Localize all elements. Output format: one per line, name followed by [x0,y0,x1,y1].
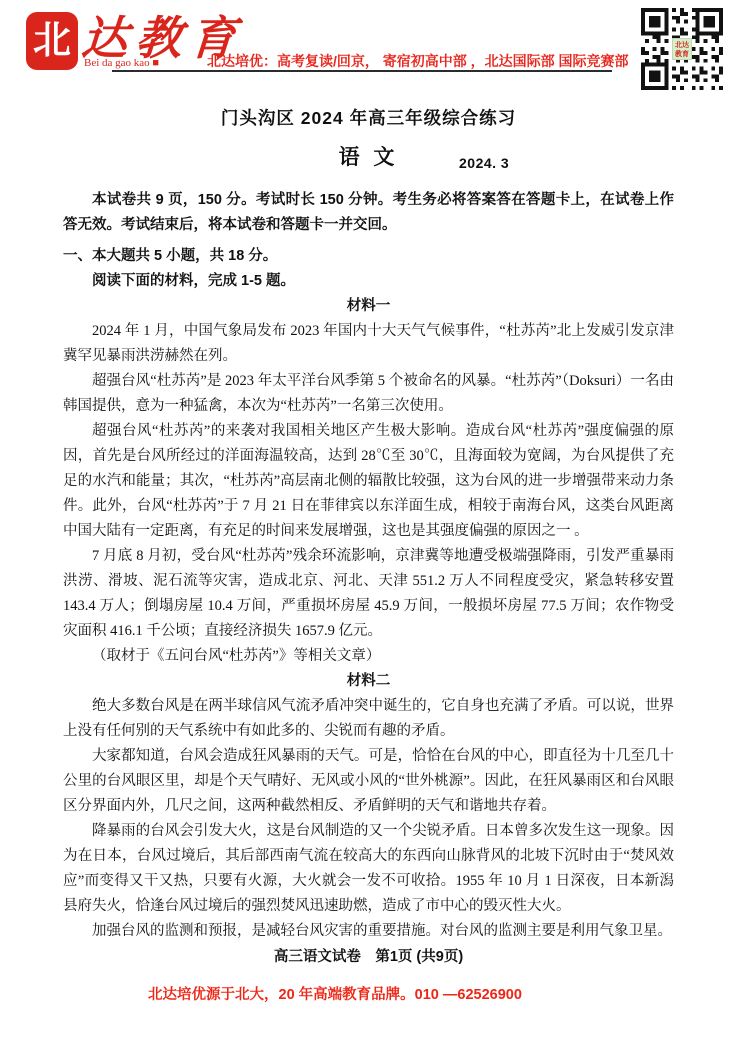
section-subheading: 阅读下面的材料，完成 1-5 题。 [63,269,674,294]
exam-page: 北 达教育 Bei da gao kao ■ 北达培优：高考复读/回京， 寄宿初… [0,0,736,1043]
subject-title: 语 文 [339,146,399,169]
material-paragraph: 2024 年 1 月，中国气象局发布 2023 年国内十大天气气候事件，“杜苏芮… [63,319,674,369]
exam-date: 2024. 3 [459,151,509,176]
material-paragraph: 7 月底 8 月初，受台风“杜苏芮”残余环流影响，京津冀等地遭受极端强降雨，引发… [63,544,674,644]
material-paragraph: 降暴雨的台风会引发大火，这是台风制造的又一个尖锐矛盾。日本曾多次发生这一现象。因… [63,819,674,919]
material-paragraph: 超强台风“杜苏芮”的来袭对我国相关地区产生极大影响。造成台风“杜苏芮”强度偏强的… [63,419,674,544]
exam-title: 门头沟区 2024 年高三年级综合练习 [63,106,674,130]
promo-footer: 北达培优源于北大，20 年高端教育品牌。010 —62526900 [63,983,674,1008]
material2-heading: 材料二 [63,669,674,694]
material-paragraph: 绝大多数台风是在两半球信风气流矛盾冲突中诞生的，它自身也充满了矛盾。可以说，世界… [63,694,674,744]
qr-center-label: 北达教育 [672,38,692,60]
material-paragraph: 加强台风的监测和预报，是减轻台风灾害的重要措施。对台风的监测主要是利用气象卫星。 [63,919,674,944]
material-paragraph: 大家都知道，台风会造成狂风暴雨的天气。可是，恰恰在台风的中心，即直径为十几至几十… [63,744,674,819]
subject-row: 语 文 2024. 3 [63,142,674,174]
material1-body: 2024 年 1 月，中国气象局发布 2023 年国内十大天气气候事件，“杜苏芮… [63,319,674,669]
material-paragraph: 超强台风“杜苏芮”是 2023 年太平洋台风季第 5 个被命名的风暴。“杜苏芮”… [63,369,674,419]
document-body: 门头沟区 2024 年高三年级综合练习 语 文 2024. 3 本试卷共 9 页… [63,0,674,1008]
material2-body: 绝大多数台风是在两半球信风气流矛盾冲突中诞生的，它自身也充满了矛盾。可以说，世界… [63,694,674,944]
material1-attribution: （取材于《五问台风“杜苏芮”》等相关文章） [63,644,674,669]
page-number-footer: 高三语文试卷 第1页 (共9页) [63,945,674,970]
exam-instructions: 本试卷共 9 页，150 分。考试时长 150 分钟。考生务必将答案答在答题卡上… [63,188,674,238]
material1-heading: 材料一 [63,294,674,319]
section-heading: 一、本大题共 5 小题，共 18 分。 [63,244,674,269]
